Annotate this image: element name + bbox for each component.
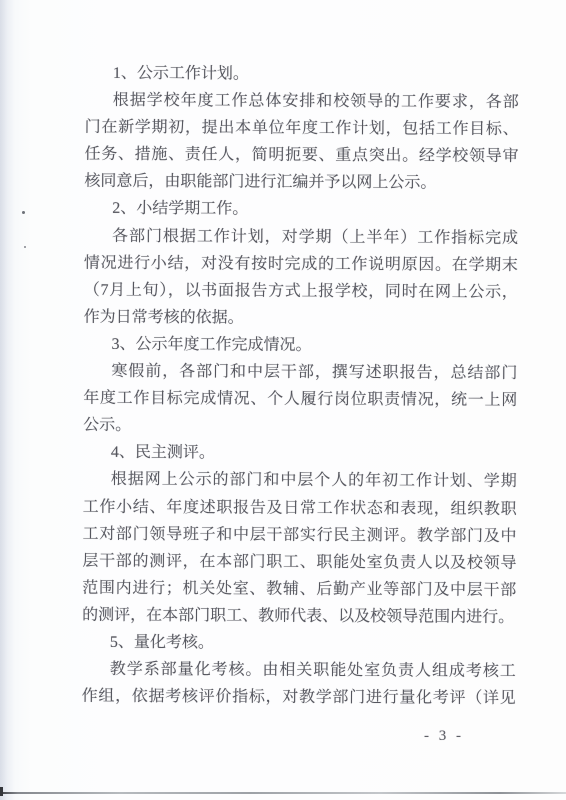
scan-corner-artifact: [0, 787, 3, 796]
scan-speckle: [24, 246, 26, 248]
text-line: 根据网上公示的部门和中层个人的年初工作计划、学期: [83, 466, 517, 495]
section-1-publicize-work-plan: 1、公示工作计划。 根据学校年度工作总体安排和校领导的工作要求，各部 门在新学期…: [84, 60, 519, 198]
scan-bottom-edge-line: [0, 792, 566, 794]
text-line: 工作小结、年度述职报告及日常工作状态和表现，组织教职: [83, 493, 517, 522]
text-line: 门在新学期初，提出本单位年度工作计划，包括工作目标、: [85, 114, 519, 143]
text-line: 教学系部量化考核。由相关职能处室负责人组成考核工: [82, 656, 516, 685]
text-line: 工对部门领导班子和中层干部实行民主测评。教学部门及中: [82, 520, 516, 549]
text-line: 各部门根据工作计划，对学期（上半年）工作指标完成: [84, 222, 518, 251]
text-line: 范围内进行；机关处室、教辅、后勤产业等部门及中层干部: [82, 575, 516, 604]
text-line: （7月上旬），以书面报告方式上报学校，同时在网上公示，: [84, 276, 518, 305]
section-heading: 5、量化考核。: [82, 629, 516, 658]
section-5-quantitative-assessment: 5、量化考核。 教学系部量化考核。由相关职能处室负责人组成考核工 作组，依据考核…: [82, 629, 516, 713]
scan-speckle: [22, 211, 25, 214]
page-number: - 3 -: [424, 728, 464, 745]
scanned-document-page: 1、公示工作计划。 根据学校年度工作总体安排和校领导的工作要求，各部 门在新学期…: [0, 0, 566, 800]
text-line: 层干部的测评，在本部门职工、职能处室负责人以及校领导: [82, 547, 516, 576]
text-line: 年度工作目标完成情况、个人履行岗位职责情况，统一上网: [83, 385, 517, 414]
section-heading: 2、小结学期工作。: [84, 195, 518, 224]
text-line: 作为日常考核的依据。: [84, 304, 518, 333]
scan-left-edge-shadow: [0, 0, 14, 800]
section-4-democratic-evaluation: 4、民主测评。 根据网上公示的部门和中层个人的年初工作计划、学期 工作小结、年度…: [82, 439, 517, 631]
text-line: 核同意后，由职能部门进行汇编并予以网上公示。: [84, 168, 518, 197]
text-line: 作组，依据考核评价指标，对教学部门进行量化考评（详见: [82, 683, 516, 712]
text-line: 任务、措施、责任人，简明扼要、重点突出。经学校领导审: [84, 141, 518, 170]
section-2-semester-summary: 2、小结学期工作。 各部门根据工作计划，对学期（上半年）工作指标完成 情况进行小…: [84, 195, 519, 333]
section-heading: 4、民主测评。: [83, 439, 517, 468]
text-line: 寒假前，各部门和中层干部，撰写述职报告，总结部门: [83, 358, 517, 387]
text-line: 的测评，在本部门职工、教师代表、以及校领导范围内进行。: [82, 602, 516, 631]
section-3-annual-completion: 3、公示年度工作完成情况。 寒假前，各部门和中层干部，撰写述职报告，总结部门 年…: [83, 331, 518, 442]
section-heading: 1、公示工作计划。: [85, 60, 519, 89]
text-line: 公示。: [83, 412, 517, 441]
section-heading: 3、公示年度工作完成情况。: [83, 331, 517, 360]
text-line: 根据学校年度工作总体安排和校领导的工作要求，各部: [85, 87, 519, 116]
document-body: 1、公示工作计划。 根据学校年度工作总体安排和校领导的工作要求，各部 门在新学期…: [82, 60, 519, 713]
text-line: 情况进行小结，对没有按时完成的工作说明原因。在学期末: [84, 249, 518, 278]
